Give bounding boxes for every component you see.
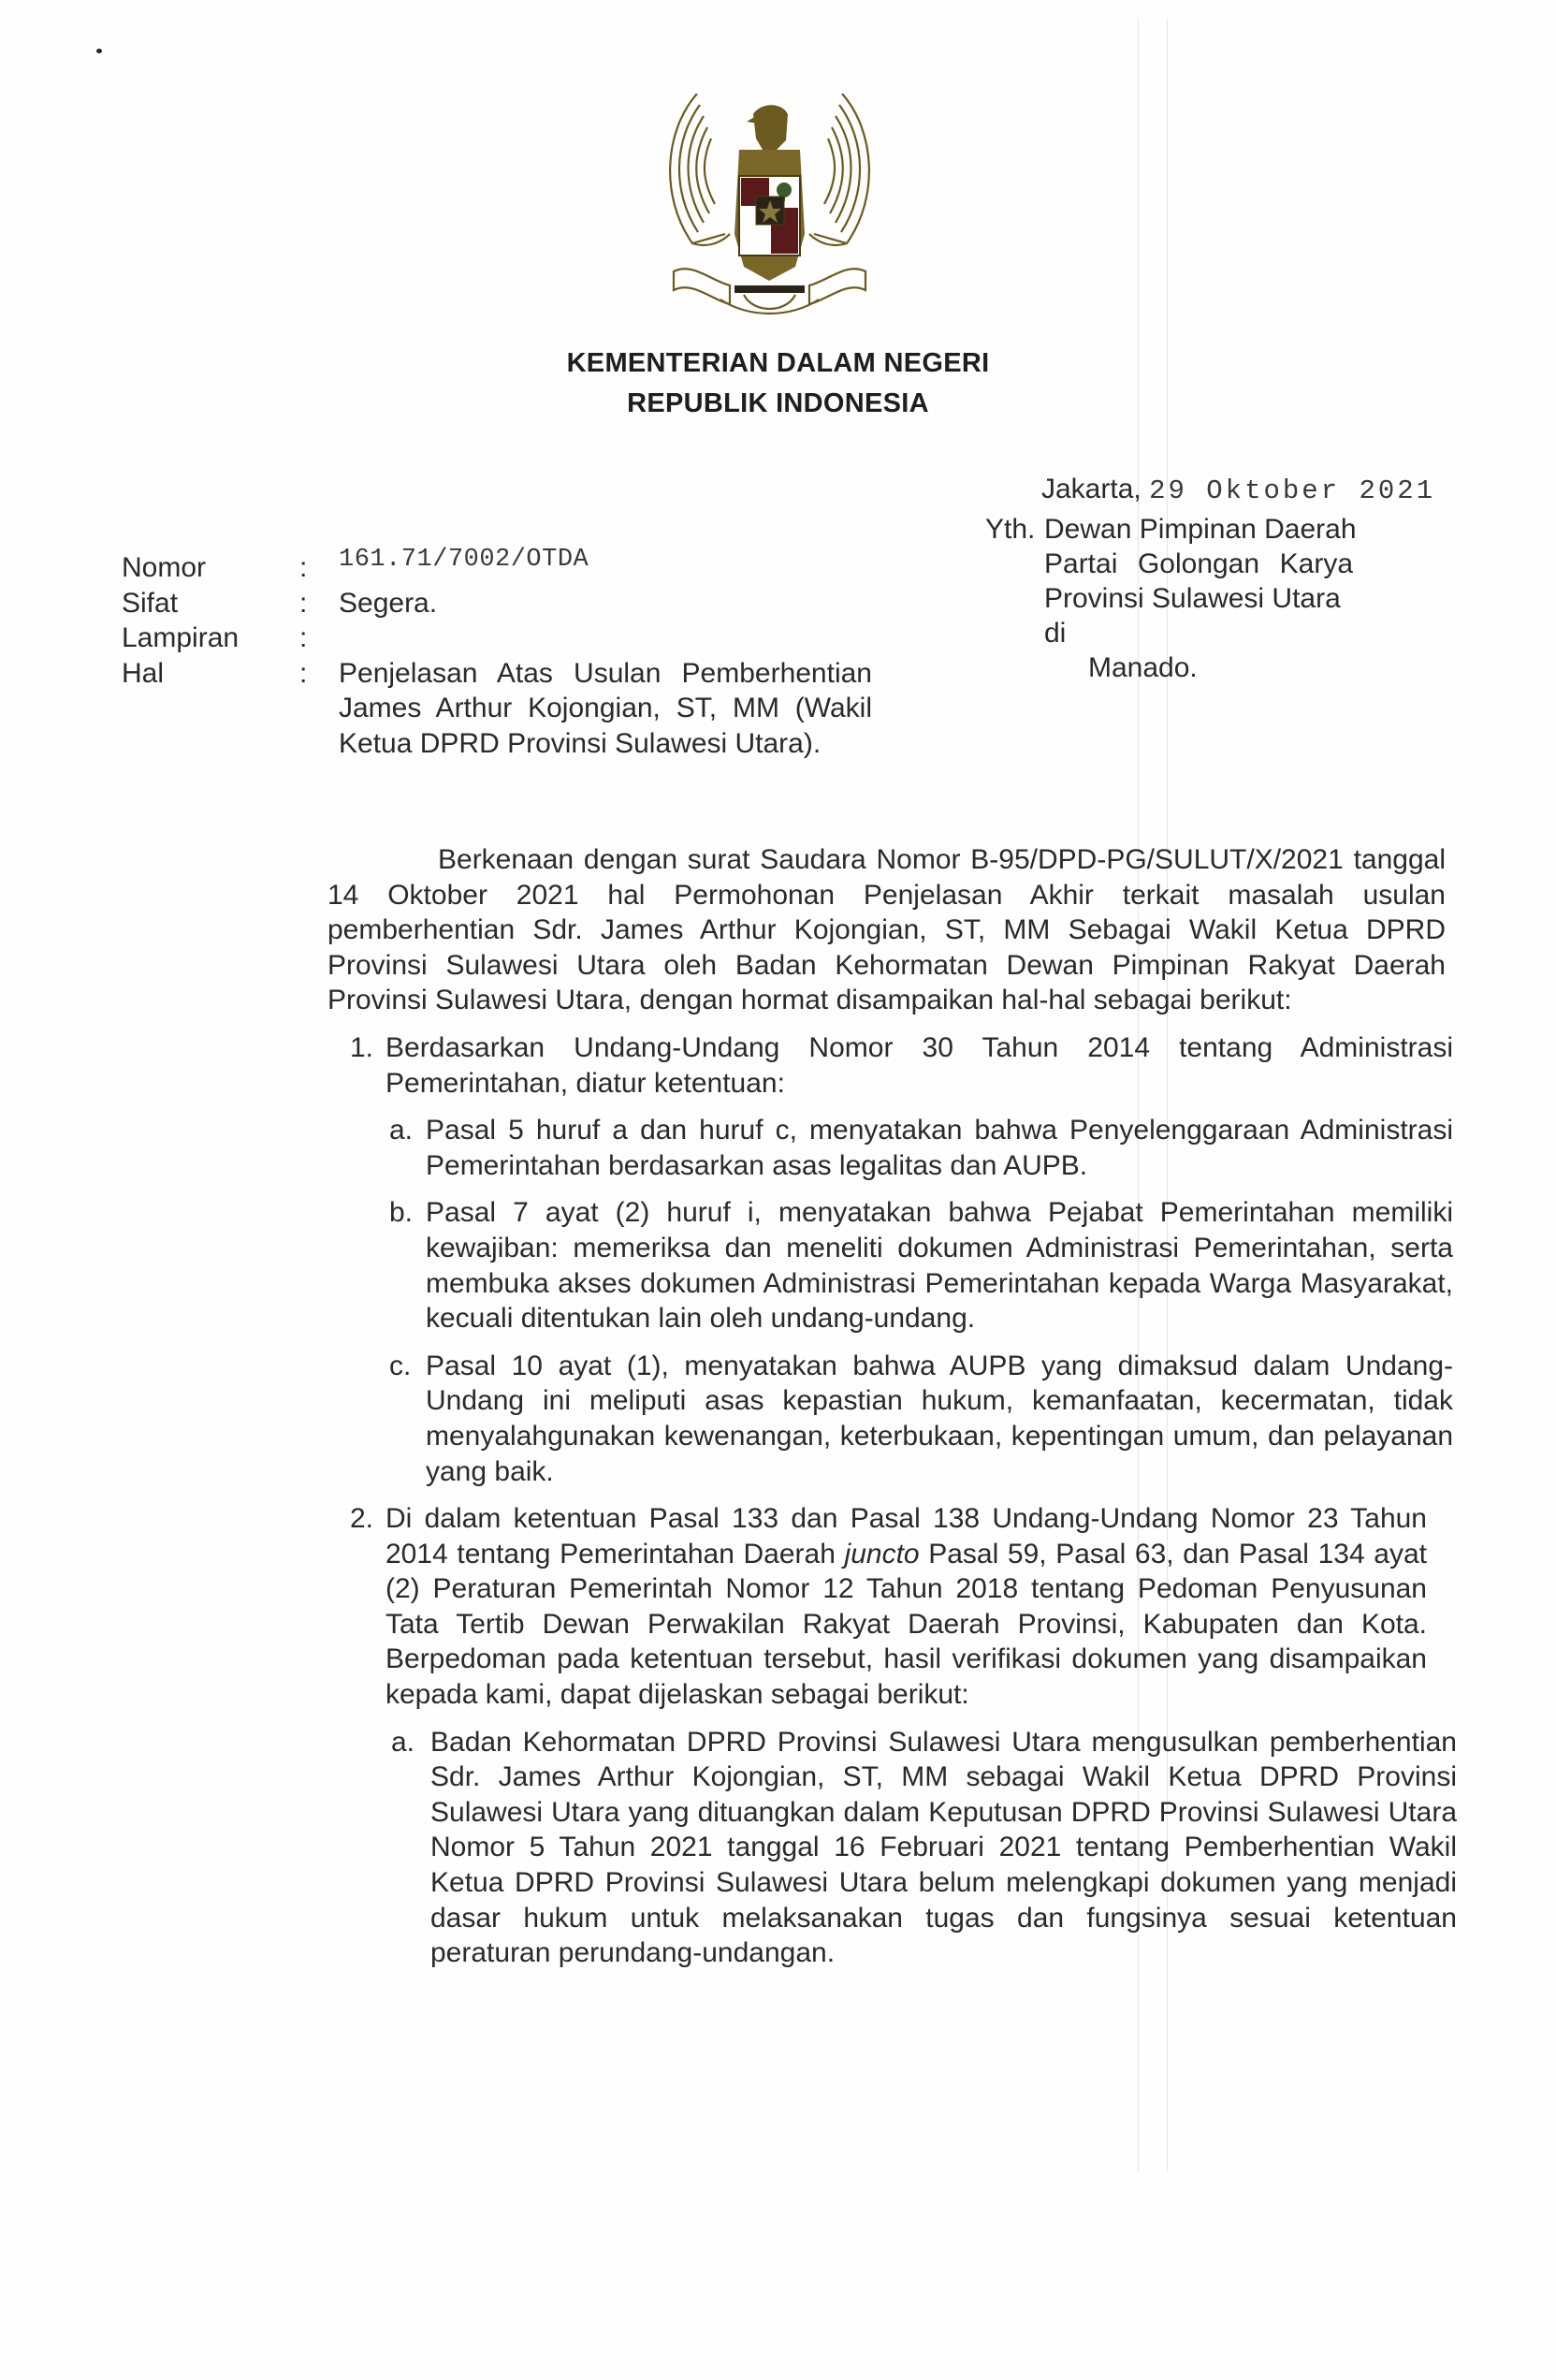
meta-label-sifat: Sifat xyxy=(122,586,178,621)
recipient-prefix: Yth. xyxy=(985,512,1035,547)
list-item-2: 2. Di dalam ketentuan Pasal 133 dan Pasa… xyxy=(327,1501,1446,1713)
meta-colon: : xyxy=(299,586,307,621)
sub-item-letter: b. xyxy=(389,1195,413,1231)
sub-item-letter: c. xyxy=(389,1349,411,1384)
letterhead-country: REPUBLIK INDONESIA xyxy=(0,388,1556,419)
recipient-line: Partai Golongan Karya xyxy=(1044,547,1353,581)
sub-item-1b: b. Pasal 7 ayat (2) huruf i, menyatakan … xyxy=(327,1195,1446,1336)
letter-body: Berkenaan dengan surat Saudara Nomor B-9… xyxy=(327,842,1446,1983)
date-value: 29 Oktober 2021 xyxy=(1149,475,1435,506)
recipient-line: di xyxy=(1044,616,1353,650)
sub-item-letter: a. xyxy=(389,1113,413,1148)
scan-speck xyxy=(96,49,102,53)
intro-paragraph: Berkenaan dengan surat Saudara Nomor B-9… xyxy=(327,842,1446,1018)
meta-label-lampiran: Lampiran xyxy=(122,621,239,656)
recipient-line: Provinsi Sulawesi Utara xyxy=(1044,581,1353,616)
sub-items-2: a. Badan Kehormatan DPRD Provinsi Sulawe… xyxy=(327,1725,1446,1971)
sub-item-1c: c. Pasal 10 ayat (1), menyatakan bahwa A… xyxy=(327,1349,1446,1489)
sub-item-text: Badan Kehormatan DPRD Provinsi Sulawesi … xyxy=(430,1725,1457,1971)
letterhead-ministry: KEMENTERIAN DALAM NEGERI xyxy=(0,348,1556,379)
meta-label-nomor: Nomor xyxy=(122,550,206,586)
list-number: 2. xyxy=(350,1501,373,1537)
list-item-text: Berdasarkan Undang-Undang Nomor 30 Tahun… xyxy=(385,1030,1453,1101)
meta-colon: : xyxy=(299,656,307,692)
sub-item-text: Pasal 10 ayat (1), menyatakan bahwa AUPB… xyxy=(426,1349,1453,1489)
sub-item-letter: a. xyxy=(391,1725,414,1760)
meta-label-hal: Hal xyxy=(122,656,164,692)
meta-colon: : xyxy=(299,550,307,586)
date-place: Jakarta, xyxy=(1041,474,1142,504)
sub-item-1a: a. Pasal 5 huruf a dan huruf c, menyatak… xyxy=(327,1113,1446,1183)
sub-item-2a: a. Badan Kehormatan DPRD Provinsi Sulawe… xyxy=(327,1725,1446,1971)
recipient-city: Manado. xyxy=(1088,650,1397,685)
recipient-line: Dewan Pimpinan Daerah xyxy=(1044,512,1353,547)
sub-item-text: Pasal 7 ayat (2) huruf i, menyatakan bah… xyxy=(426,1195,1453,1336)
italic-term-juncto: juncto xyxy=(845,1539,920,1570)
meta-value-nomor: 161.71/7002/OTDA xyxy=(339,543,872,578)
list-item-text: Di dalam ketentuan Pasal 133 dan Pasal 1… xyxy=(385,1501,1427,1713)
scanned-letter-page: KEMENTERIAN DALAM NEGERI REPUBLIK INDONE… xyxy=(0,0,1556,2380)
garuda-pancasila-emblem-icon xyxy=(655,94,884,332)
meta-value-hal: Penjelasan Atas Usulan Pemberhentian Jam… xyxy=(339,656,872,762)
list-item-1: 1. Berdasarkan Undang-Undang Nomor 30 Ta… xyxy=(327,1030,1446,1101)
letter-date: Jakarta, 29 Oktober 2021 xyxy=(1041,474,1435,506)
meta-value-sifat: Segera. xyxy=(339,586,872,621)
sub-item-text: Pasal 5 huruf a dan huruf c, menyatakan … xyxy=(426,1113,1453,1183)
list-number: 1. xyxy=(350,1030,373,1066)
meta-colon: : xyxy=(299,621,307,656)
